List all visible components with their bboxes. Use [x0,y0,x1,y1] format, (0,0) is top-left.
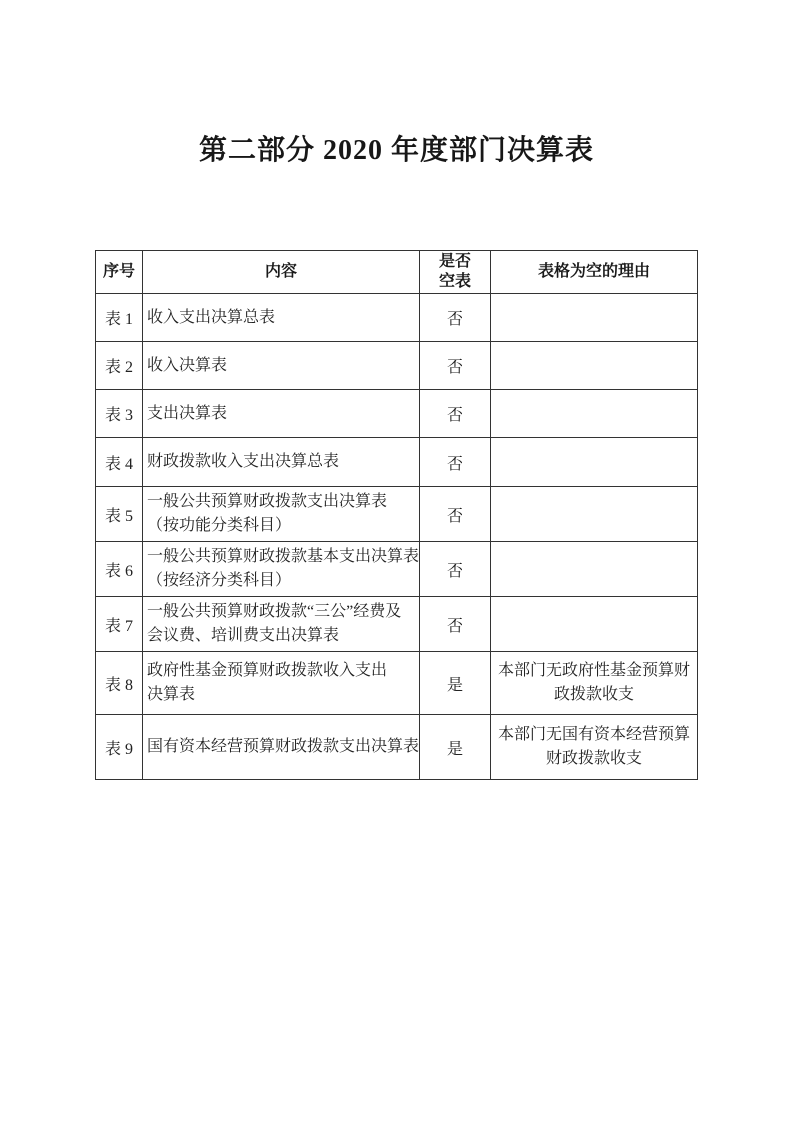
row-reason [491,487,698,542]
row-reason [491,342,698,390]
table-row: 表 4 财政拨款收入支出决算总表 否 [96,438,698,487]
row-content: 收入支出决算总表 [143,294,420,342]
row-number: 表 6 [96,542,143,597]
table-row: 表 2 收入决算表 否 [96,342,698,390]
row-number: 表 4 [96,438,143,487]
row-number: 表 2 [96,342,143,390]
row-empty-flag: 否 [420,542,491,597]
header-no: 序号 [96,251,143,294]
row-empty-flag: 否 [420,597,491,652]
row-empty-flag: 是 [420,715,491,780]
header-reason: 表格为空的理由 [491,251,698,294]
row-reason [491,542,698,597]
table-row: 表 6 一般公共预算财政拨款基本支出决算表 （按经济分类科目） 否 [96,542,698,597]
page-title: 第二部分 2020 年度部门决算表 [0,135,793,167]
table-row: 表 3 支出决算表 否 [96,390,698,438]
row-number: 表 1 [96,294,143,342]
row-empty-flag: 否 [420,390,491,438]
row-content: 财政拨款收入支出决算总表 [143,438,420,487]
header-content: 内容 [143,251,420,294]
row-empty-flag: 否 [420,438,491,487]
row-number: 表 9 [96,715,143,780]
row-reason: 本部门无政府性基金预算财 政拨款收支 [491,652,698,715]
table-row: 表 8 政府性基金预算财政拨款收入支出 决算表 是 本部门无政府性基金预算财 政… [96,652,698,715]
table-row: 表 7 一般公共预算财政拨款“三公”经费及 会议费、培训费支出决算表 否 [96,597,698,652]
row-reason [491,390,698,438]
header-empty-flag: 是否 空表 [420,251,491,294]
toc-table: 序号 内容 是否 空表 表格为空的理由 表 1 收入支出决算总表 否 表 2 收… [95,250,698,780]
row-reason [491,597,698,652]
table-row: 表 9 国有资本经营预算财政拨款支出决算表 是 本部门无国有资本经营预算 财政拨… [96,715,698,780]
table-header-row: 序号 内容 是否 空表 表格为空的理由 [96,251,698,294]
row-empty-flag: 否 [420,487,491,542]
row-reason [491,438,698,487]
table-row: 表 5 一般公共预算财政拨款支出决算表 （按功能分类科目） 否 [96,487,698,542]
row-number: 表 7 [96,597,143,652]
row-empty-flag: 是 [420,652,491,715]
row-content: 国有资本经营预算财政拨款支出决算表 [143,715,420,780]
row-content: 支出决算表 [143,390,420,438]
row-content: 收入决算表 [143,342,420,390]
row-reason [491,294,698,342]
row-reason: 本部门无国有资本经营预算 财政拨款收支 [491,715,698,780]
row-content: 一般公共预算财政拨款“三公”经费及 会议费、培训费支出决算表 [143,597,420,652]
row-number: 表 3 [96,390,143,438]
row-number: 表 8 [96,652,143,715]
row-empty-flag: 否 [420,294,491,342]
row-content: 一般公共预算财政拨款支出决算表 （按功能分类科目） [143,487,420,542]
document-page: 第二部分 2020 年度部门决算表 序号 内容 是否 空表 表格为空的理由 表 … [0,0,793,1122]
row-content: 一般公共预算财政拨款基本支出决算表 （按经济分类科目） [143,542,420,597]
table-row: 表 1 收入支出决算总表 否 [96,294,698,342]
row-content: 政府性基金预算财政拨款收入支出 决算表 [143,652,420,715]
row-number: 表 5 [96,487,143,542]
row-empty-flag: 否 [420,342,491,390]
